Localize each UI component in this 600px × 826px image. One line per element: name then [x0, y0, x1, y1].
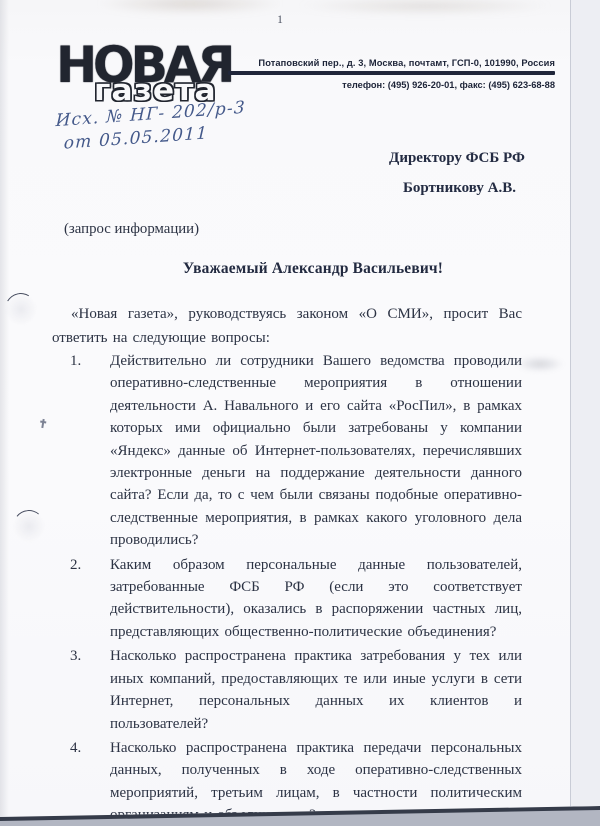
question-text: Насколько распространена практика затреб… [110, 648, 522, 731]
question-text: Действительно ли сотрудники Вашего ведом… [110, 353, 522, 548]
letter-type-note: (запрос информации) [64, 221, 199, 238]
scan-artifact [41, 419, 44, 428]
masthead-rule [228, 71, 555, 75]
question-item: 1. Действительно ли сотрудники Вашего ве… [52, 350, 522, 552]
novaya-gazeta-logo: НОВАЯ газета [56, 40, 220, 105]
left-edge-shadow [0, 0, 9, 826]
handwritten-outgoing-number: Исх. № НГ- 202/р-3 от 05.05.2011 [54, 97, 246, 157]
letter-page: 1 НОВАЯ газета Потаповский пер., д. 3, М… [0, 0, 600, 826]
recipient-name: Бортникову А.В. [403, 180, 516, 197]
question-number: 3. [70, 645, 81, 667]
scan-smudge [295, 0, 555, 14]
question-number: 2. [70, 554, 81, 576]
page-right-edge [570, 0, 600, 826]
scan-smudge [95, 0, 285, 14]
masthead-address: Потаповский пер., д. 3, Москва, почтамт,… [228, 58, 555, 68]
punch-hole-mark [11, 508, 46, 544]
question-number: 1. [70, 350, 81, 372]
question-item: 3. Насколько распространена практика зат… [52, 645, 522, 735]
question-text: Каким образом персональные данные пользо… [110, 557, 522, 640]
page-number: 1 [268, 14, 292, 26]
question-item: 2. Каким образом персональные данные пол… [52, 554, 522, 644]
recipient-title: Директору ФСБ РФ [389, 150, 525, 167]
scanned-letter: 1 НОВАЯ газета Потаповский пер., д. 3, М… [0, 0, 600, 826]
intro-paragraph: «Новая газета», руководствуясь законом «… [52, 302, 522, 350]
masthead-contact-block: Потаповский пер., д. 3, Москва, почтамт,… [228, 58, 555, 90]
questions-list: 1. Действительно ли сотрудники Вашего ве… [52, 350, 522, 826]
masthead-phone: телефон: (495) 926-20-01, факс: (495) 62… [228, 80, 555, 90]
salutation: Уважаемый Александр Васильевич! [70, 260, 556, 278]
question-number: 4. [70, 737, 81, 759]
